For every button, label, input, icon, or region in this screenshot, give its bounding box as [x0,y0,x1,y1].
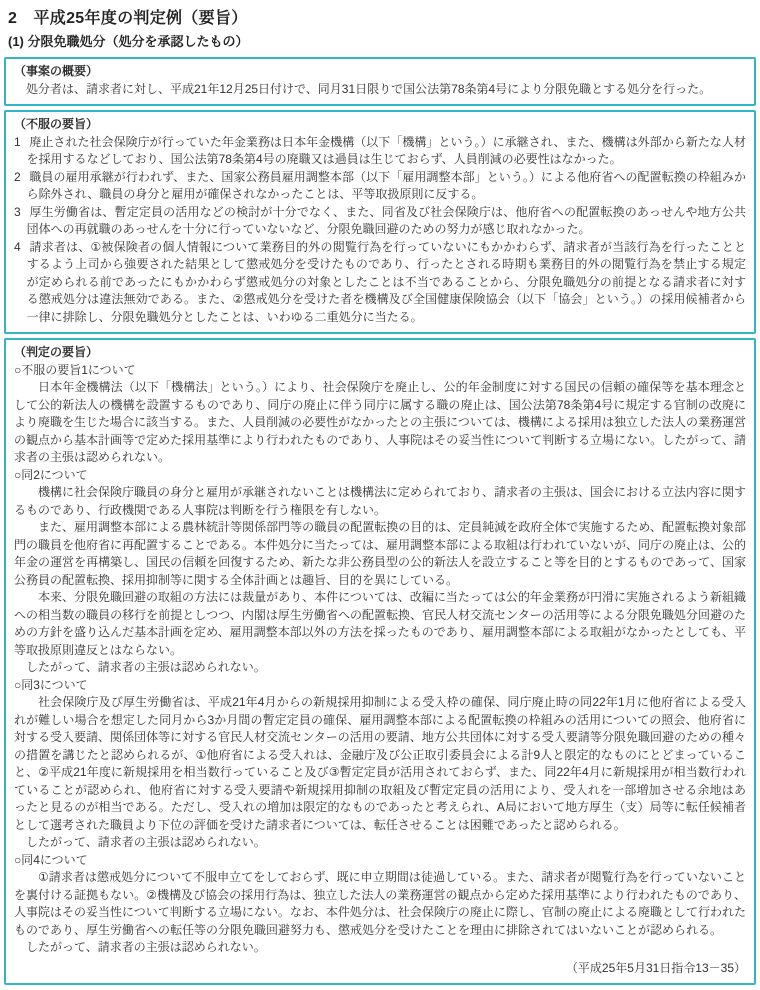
judgment-subsection-3: ○同3について 社会保険庁及び厚生労働省は、平成21年4月からの新規採用抑制によ… [14,677,746,852]
judgment-subsection-label: ○不服の要旨1について [14,362,746,380]
judgment-conclusion: したがって、請求者の主張は認められない。 [14,659,746,677]
section-appeal-summary: （不服の要旨） 1廃止された社会保険庁が行っていた年金業務は日本年金機構（以下「… [4,110,756,334]
section-judgment-summary: （判定の要旨） ○不服の要旨1について 日本年金機構法（以下「機構法」という。）… [4,338,756,985]
appeal-item-2: 2職員の雇用承継が行われず、また、国家公務員雇用調整本部（以下「雇用調整本部」と… [14,169,746,204]
judgment-document: 2 平成25年度の判定例（要旨） (1) 分限免職処分（処分を承認したもの） （… [0,0,760,985]
appeal-item-4: 4請求者は、①被保険者の個人情報について業務目的外の閲覧行為を行っていないにもか… [14,239,746,327]
judgment-paragraph: 日本年金機構法（以下「機構法」という。）により、社会保険庁を廃止し、公的年金制度… [14,379,746,467]
judgment-paragraph: 機構に社会保険庁職員の身分と雇用が承継されないことは機構法に定められており、請求… [14,484,746,519]
judgment-subsection-label: ○同2について [14,467,746,485]
judgment-summary-heading: （判定の要旨） [14,344,746,362]
appeal-item-number: 2 [14,170,21,184]
page-subtitle: (1) 分限免職処分（処分を承認したもの） [8,31,752,50]
appeal-item-3: 3厚生労働省は、暫定定員の活用などの検討が十分でなく、また、同省及び社会保険庁は… [14,204,746,239]
appeal-item-number: 3 [14,205,21,219]
judgment-paragraph: 社会保険庁及び厚生労働省は、平成21年4月からの新規採用抑制による受入枠の確保、… [14,694,746,834]
judgment-paragraph: ①請求者は懲戒処分について不服申立てをしておらず、既に申立期間は徒過している。ま… [14,869,746,939]
judgment-subsection-label: ○同3について [14,677,746,695]
section-case-summary: （事案の概要） 処分者は、請求者に対し、平成21年12月25日付けで、同月31日… [4,57,756,106]
appeal-item-text: 職員の雇用承継が行われず、また、国家公務員雇用調整本部（以下「雇用調整本部」とい… [27,170,746,202]
judgment-paragraph: 本来、分限免職回避の取組の方法には裁量があり、本件については、改編に当たっては公… [14,589,746,659]
appeal-summary-heading: （不服の要旨） [14,116,746,134]
judgment-paragraph: また、雇用調整本部による農林統計等関係部門等の職員の配置転換の目的は、定員純減を… [14,519,746,589]
judgment-subsection-4: ○同4について ①請求者は懲戒処分について不服申立てをしておらず、既に申立期間は… [14,852,746,957]
judgment-subsection-label: ○同4について [14,852,746,870]
page-title: 2 平成25年度の判定例（要旨） [8,5,752,28]
judgment-conclusion: したがって、請求者の主張は認められない。 [14,834,746,852]
appeal-item-number: 4 [14,240,21,254]
case-summary-heading: （事案の概要） [14,63,746,81]
appeal-item-1: 1廃止された社会保険庁が行っていた年金業務は日本年金機構（以下「機構」という。）… [14,134,746,169]
judgment-subsection-1: ○不服の要旨1について 日本年金機構法（以下「機構法」という。）により、社会保険… [14,362,746,467]
case-summary-paragraph: 処分者は、請求者に対し、平成21年12月25日付けで、同月31日限りで国公法第7… [14,81,746,99]
judgment-subsection-2: ○同2について 機構に社会保険庁職員の身分と雇用が承継されないことは機構法に定め… [14,467,746,677]
appeal-item-text: 請求者は、①被保険者の個人情報について業務目的外の閲覧行為を行っていないにもかか… [27,240,746,324]
judgment-conclusion: したがって、請求者の主張は認められない。 [14,939,746,957]
appeal-item-text: 廃止された社会保険庁が行っていた年金業務は日本年金機構（以下「機構」という。）に… [27,135,746,167]
appeal-item-text: 厚生労働省は、暫定定員の活用などの検討が十分でなく、また、同省及び社会保険庁は、… [27,205,746,237]
appeal-item-number: 1 [14,135,21,149]
directive-number: （平成25年5月31日指令13－35） [14,960,746,978]
